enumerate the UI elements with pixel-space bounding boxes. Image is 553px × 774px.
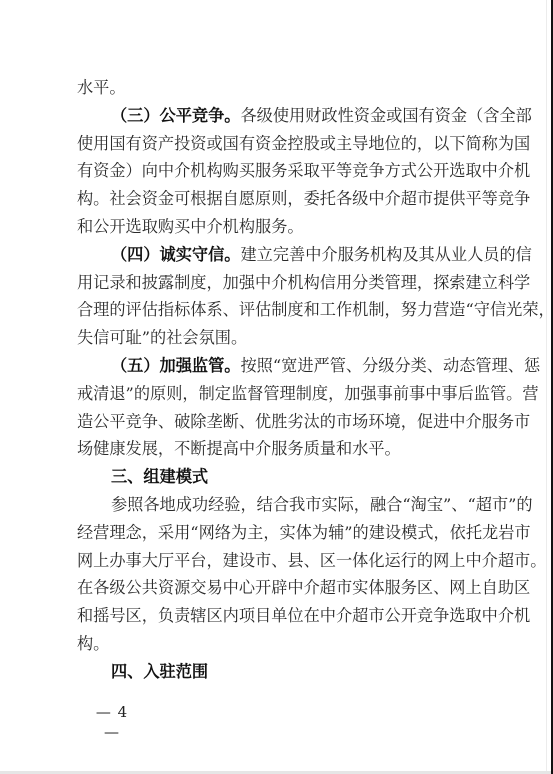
section-title-fair-competition: （三）公平竞争。 [111,106,241,125]
body-text: 戒清退”的原则，制定监督管理制度，加强事前事中事后监管。营 [77,384,539,403]
paragraph-line: 和公开选取购买中介机构服务。 [77,213,471,241]
body-text: 失信可耻”的社会氛围。 [77,328,247,347]
body-text: 构。社会资金可根据自愿原则，委托各级中介超市提供平等竞争 [77,189,530,208]
paragraph-line: 网上办事大厅平台，建设市、县、区一体化运行的网上中介超市。 [77,547,471,575]
body-text: 构。 [77,634,109,653]
body-text: 按照“宽进严管、分级分类、动态管理、惩 [241,356,541,375]
document-body: 水平。 （三）公平竞争。各级使用财政性资金或国有资金（含全部 使用国有资产投资或… [77,74,471,686]
body-text: 合理的评估指标体系、评估制度和工作机制，努力营造“守信光荣， [77,300,553,319]
paragraph-line: 合理的评估指标体系、评估制度和工作机制，努力营造“守信光荣， [77,296,471,324]
body-text: 各级使用财政性资金或国有资金（含全部 [241,106,532,125]
section-3-heading-line: （三）公平竞争。各级使用财政性资金或国有资金（含全部 [77,102,471,130]
paragraph-line: 失信可耻”的社会氛围。 [77,324,471,352]
paragraph-line: 造公平竞争、破除垄断、优胜劣汰的市场环境，促进中介服务市 [77,408,471,436]
page-edge-line [546,0,547,774]
body-text: 和摇号区，负责辖区内项目单位在中介超市公开竞争选取中介机 [77,606,530,625]
body-text: 和公开选取购买中介机构服务。 [77,217,304,236]
paragraph-line: 用记录和披露制度，加强中介机构信用分类管理，探索建立科学 [77,269,471,297]
paragraph-line: 水平。 [77,74,471,102]
body-text: 场健康发展，不断提高中介服务质量和水平。 [77,439,401,458]
chapter-heading-line: 三、组建模式 [77,463,471,491]
paragraph-line: 构。 [77,630,471,658]
paragraph-line: 场健康发展，不断提高中介服务质量和水平。 [77,435,471,463]
paragraph-line: 使用国有资产投资或国有资金控股或主导地位的，以下简称为国 [77,130,471,158]
paragraph-line: 参照各地成功经验，结合我市实际，融合“淘宝”、“超市”的 [77,491,471,519]
paragraph-line: 戒清退”的原则，制定监督管理制度，加强事前事中事后监管。营 [77,380,471,408]
body-text: 造公平竞争、破除垄断、优胜劣汰的市场环境，促进中介服务市 [77,412,530,431]
page-number: — 4 — [88,702,136,722]
body-text: 使用国有资产投资或国有资金控股或主导地位的，以下简称为国 [77,134,530,153]
body-text: 水平。 [77,78,126,97]
body-text: 网上办事大厅平台，建设市、县、区一体化运行的网上中介超市。 [77,551,546,570]
section-5-heading-line: （五）加强监管。按照“宽进严管、分级分类、动态管理、惩 [77,352,471,380]
body-text: 经营理念，采用“网络为主，实体为辅”的建设模式，依托龙岩市 [77,523,531,542]
section-title-supervision: （五）加强监管。 [111,356,241,375]
body-text: 建立完善中介服务机构及其从业人员的信 [241,245,532,264]
paragraph-line: 和摇号区，负责辖区内项目单位在中介超市公开竞争选取中介机 [77,602,471,630]
document-page: 水平。 （三）公平竞争。各级使用财政性资金或国有资金（含全部 使用国有资产投资或… [0,0,553,774]
body-text: 参照各地成功经验，结合我市实际，融合“淘宝”、“超市”的 [111,495,533,514]
body-text: 用记录和披露制度，加强中介机构信用分类管理，探索建立科学 [77,273,530,292]
section-title-honesty: （四）诚实守信。 [111,245,241,264]
paragraph-line: 经营理念，采用“网络为主，实体为辅”的建设模式，依托龙岩市 [77,519,471,547]
body-text: 有资金）向中介机构购买服务采取平等竞争方式公开选取中介机 [77,161,530,180]
section-4-heading-line: （四）诚实守信。建立完善中介服务机构及其从业人员的信 [77,241,471,269]
chapter-title-organization-mode: 三、组建模式 [111,467,208,486]
paragraph-line: 在各级公共资源交易中心开辟中介超市实体服务区、网上自助区 [77,574,471,602]
chapter-heading-line: 四、入驻范围 [77,658,471,686]
chapter-title-admission-scope: 四、入驻范围 [111,662,208,681]
paragraph-line: 构。社会资金可根据自愿原则，委托各级中介超市提供平等竞争 [77,185,471,213]
paragraph-line: 有资金）向中介机构购买服务采取平等竞争方式公开选取中介机 [77,157,471,185]
body-text: 在各级公共资源交易中心开辟中介超市实体服务区、网上自助区 [77,578,530,597]
